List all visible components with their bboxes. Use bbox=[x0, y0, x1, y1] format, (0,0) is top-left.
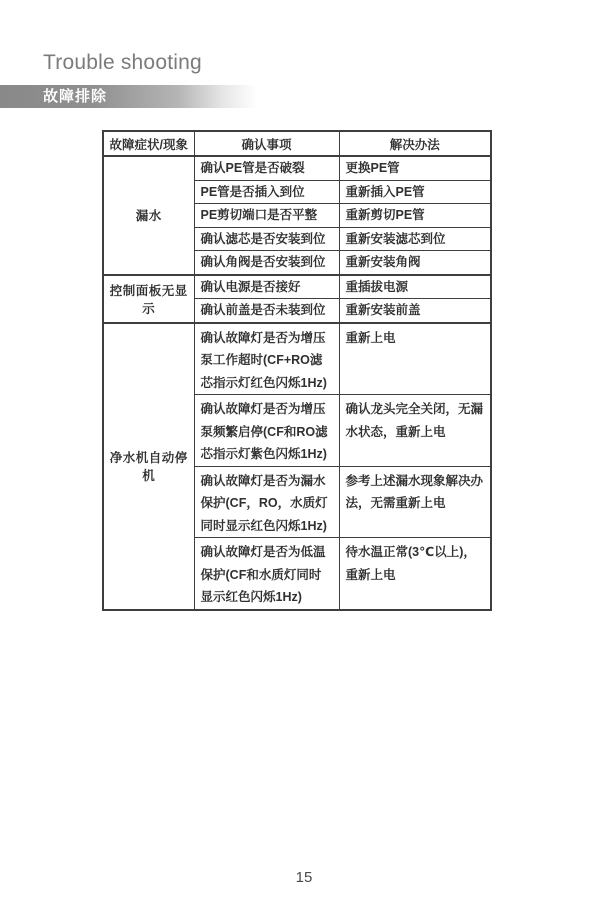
check-cell: 确认前盖是否未装到位 bbox=[194, 299, 339, 323]
check-cell: 确认滤芯是否安装到位 bbox=[194, 227, 339, 251]
section-header-bar: 故障排除 bbox=[0, 85, 262, 108]
table-row: 控制面板无显示 确认电源是否接好 重插拔电源 bbox=[103, 275, 491, 299]
table-header-row: 故障症状/现象 确认事项 解决办法 bbox=[103, 131, 491, 156]
header-check: 确认事项 bbox=[194, 131, 339, 156]
check-cell: 确认角阀是否安装到位 bbox=[194, 251, 339, 275]
check-cell: PE剪切端口是否平整 bbox=[194, 204, 339, 228]
page-title-en: Trouble shooting bbox=[43, 51, 202, 75]
table-row: 净水机自动停机 确认故障灯是否为增压泵工作超时(CF+RO滤芯指示灯红色闪烁1H… bbox=[103, 323, 491, 395]
check-cell: 确认故障灯是否为增压泵频繁启停(CF和RO滤芯指示灯紫色闪烁1Hz) bbox=[194, 395, 339, 467]
check-cell: PE管是否插入到位 bbox=[194, 180, 339, 204]
solution-cell: 重新安装滤芯到位 bbox=[339, 227, 491, 251]
solution-cell: 重新安装前盖 bbox=[339, 299, 491, 323]
document-page: Trouble shooting 故障排除 故障症状/现象 确认事项 解决办法 … bbox=[0, 0, 608, 909]
solution-cell: 重新安装角阀 bbox=[339, 251, 491, 275]
solution-cell: 更换PE管 bbox=[339, 156, 491, 180]
table-row: 漏水 确认PE管是否破裂 更换PE管 bbox=[103, 156, 491, 180]
solution-cell: 重新上电 bbox=[339, 323, 491, 395]
solution-cell: 参考上述漏水现象解决办法，无需重新上电 bbox=[339, 466, 491, 538]
page-title-zh: 故障排除 bbox=[0, 85, 262, 108]
troubleshooting-table: 故障症状/现象 确认事项 解决办法 漏水 确认PE管是否破裂 更换PE管 PE管… bbox=[102, 130, 492, 611]
check-cell: 确认故障灯是否为漏水保护(CF，RO，水质灯同时显示红色闪烁1Hz) bbox=[194, 466, 339, 538]
page-number: 15 bbox=[0, 869, 608, 886]
symptom-panel-no-display: 控制面板无显示 bbox=[103, 275, 194, 323]
solution-cell: 待水温正常(3℃以上)，重新上电 bbox=[339, 538, 491, 610]
symptom-auto-shutdown: 净水机自动停机 bbox=[103, 323, 194, 610]
solution-cell: 重新剪切PE管 bbox=[339, 204, 491, 228]
check-cell: 确认电源是否接好 bbox=[194, 275, 339, 299]
solution-cell: 重新插入PE管 bbox=[339, 180, 491, 204]
solution-cell: 重插拔电源 bbox=[339, 275, 491, 299]
check-cell: 确认PE管是否破裂 bbox=[194, 156, 339, 180]
check-cell: 确认故障灯是否为增压泵工作超时(CF+RO滤芯指示灯红色闪烁1Hz) bbox=[194, 323, 339, 395]
header-symptom: 故障症状/现象 bbox=[103, 131, 194, 156]
solution-cell: 确认龙头完全关闭，无漏水状态，重新上电 bbox=[339, 395, 491, 467]
check-cell: 确认故障灯是否为低温保护(CF和水质灯同时显示红色闪烁1Hz) bbox=[194, 538, 339, 610]
header-solution: 解决办法 bbox=[339, 131, 491, 156]
symptom-leak: 漏水 bbox=[103, 156, 194, 275]
